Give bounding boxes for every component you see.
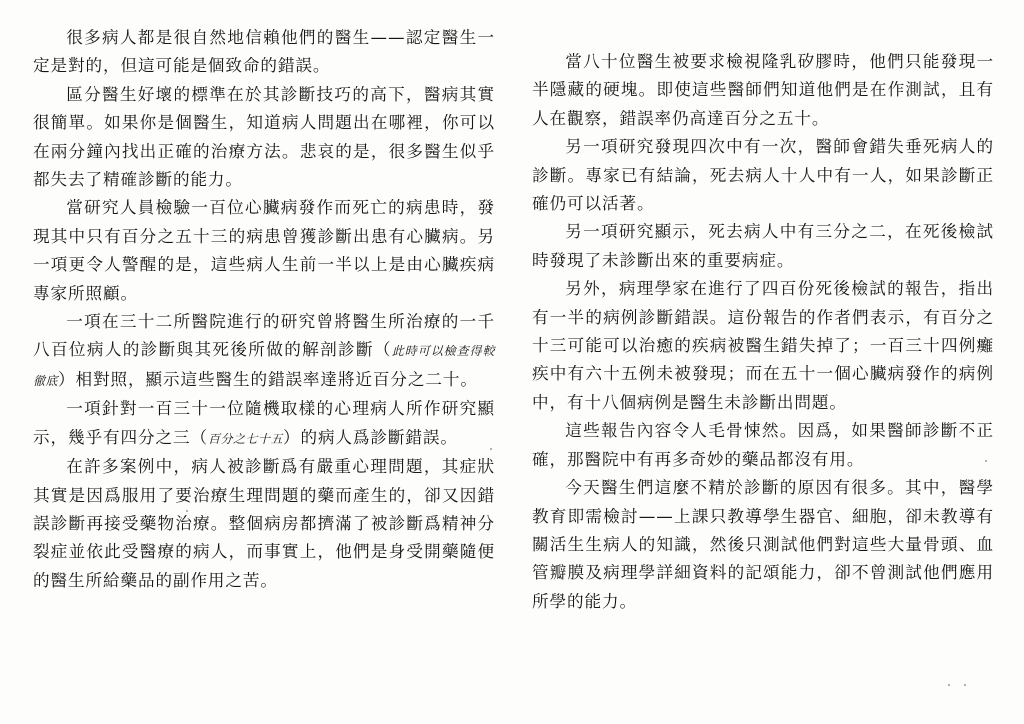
paragraph-diagnostic-skill: 區分醫生好壞的標準在於其診斷技巧的高下，醫病其實很簡單。如果你是個醫生，知道病人…: [33, 81, 495, 195]
scan-speck: [985, 460, 987, 462]
paragraph-misdiagnosis-cases: 在許多案例中，病人被診斷爲有嚴重心理問題，其症狀其實是因爲服用了要治療生理問題的…: [33, 453, 495, 595]
scan-speck: [78, 263, 80, 265]
paragraph-missed-diagnosis: 另一項研究發現四次中有一次，醫師會錯失垂死病人的診斷。專家已有結論，死去病人十人…: [532, 133, 994, 218]
scan-speck: [490, 448, 492, 450]
paragraph-autopsy-study: 一項在三十二所醫院進行的研究曾將醫生所治療的一千八百位病人的診斷與其死後所做的解…: [33, 308, 495, 395]
paragraph-alarming-reports: 這些報告內容令人毛骨悚然。因爲，如果醫師診斷不正確，那醫院中有再多奇妙的藥品都沒…: [532, 417, 994, 474]
paragraph-psychiatric-study: 一項針對一百三十一位隨機取樣的心理病人所作研究顯示，幾乎有四分之三（百分之七十五…: [33, 395, 495, 453]
paragraph-heart-attack-study: 當研究人員檢驗一百位心臟病發作而死亡的病患時，發現其中只有百分之五十三的病患曾獲…: [33, 194, 495, 308]
left-column: 很多病人都是很自然地信賴他們的醫生——認定醫生一定是對的，但這可能是個致命的錯誤…: [33, 24, 495, 595]
scan-speck: [964, 684, 966, 686]
paragraph-text: ）的病人爲診斷錯誤。: [283, 428, 458, 447]
parenthetical-note: 百分之七十五: [208, 432, 283, 446]
paragraph-trust-doctors: 很多病人都是很自然地信賴他們的醫生——認定醫生一定是對的，但這可能是個致命的錯誤…: [33, 24, 495, 81]
paragraph-medical-education: 今天醫生們這麼不精於診斷的原因有很多。其中，醫學教育即需檢討——上課只教導學生器…: [532, 474, 994, 616]
right-column: 當八十位醫生被要求檢視隆乳矽膠時，他們只能發現一半隱藏的硬塊。即使這些醫師們知道…: [532, 48, 994, 616]
scan-speck: [948, 684, 950, 686]
paragraph-text: ）相對照，顯示這些醫生的錯誤率達將近百分之二十。: [58, 370, 478, 389]
paragraph-implant-study: 當八十位醫生被要求檢視隆乳矽膠時，他們只能發現一半隱藏的硬塊。即使這些醫師們知道…: [532, 48, 994, 133]
paragraph-two-thirds-study: 另一項研究顯示，死去病人中有三分之二，在死後檢試時發現了未診斷出來的重要病症。: [532, 218, 994, 275]
paragraph-pathology-report: 另外，病理學家在進行了四百份死後檢試的報告，指出有一半的病例診斷錯誤。這份報告的…: [532, 275, 994, 417]
scan-speck: [186, 510, 188, 512]
